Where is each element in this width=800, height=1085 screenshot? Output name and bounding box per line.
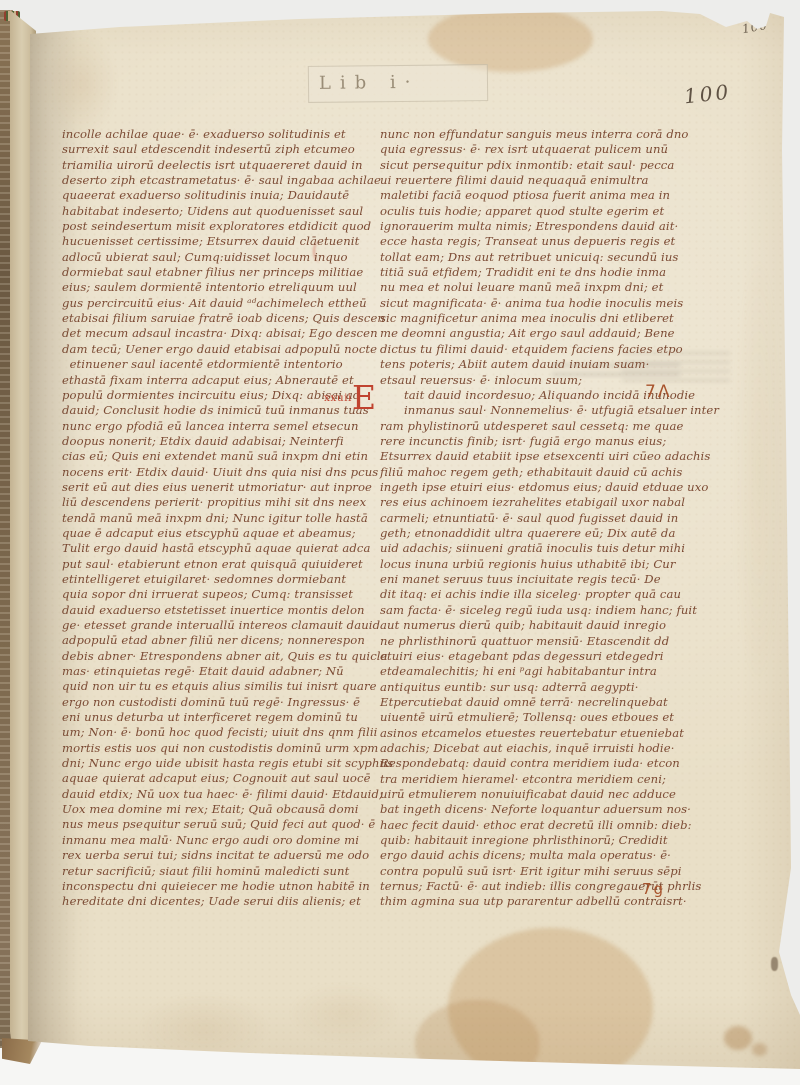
stain-bottom-mid bbox=[288, 982, 400, 1044]
text-line: eni manet seruus tuus inciuitate regis t… bbox=[380, 572, 730, 587]
text-line: adlocū ubierat saul; Cumq:uidisset locum… bbox=[62, 250, 392, 265]
text-line: contra populū suū isrt· Erit igitur mihi… bbox=[380, 864, 730, 879]
text-line: me deomni angustia; Ait ergo saul addaui… bbox=[380, 326, 730, 341]
text-line: serit eū aut dies eius uenerit utmoriatu… bbox=[62, 480, 392, 495]
text-line: geth; etnonaddidit ultra quaerere eū; Di… bbox=[380, 526, 730, 541]
chapter-number-rubric: xxuii bbox=[324, 392, 352, 404]
text-line: ternus; Factū· ē· aut indieb: illis cong… bbox=[380, 879, 730, 894]
text-line: oculis tuis hodie; apparet quod stulte e… bbox=[380, 204, 730, 219]
text-line: det mecum adsaul incastra· Dixq: abisai;… bbox=[62, 326, 392, 341]
text-line: Tulit ergo dauid hastā etscyphū aquae qu… bbox=[62, 541, 392, 556]
text-line: deserto ziph etcastrametatus· ē· saul in… bbox=[62, 173, 392, 188]
text-line: sicut magnificata· ē· anima tua hodie in… bbox=[380, 296, 730, 311]
manuscript-page: Lib i· 100 100 incolle achilae quae· ē· … bbox=[0, 0, 800, 1085]
text-line: etinuener saul iacentē etdormientē inten… bbox=[62, 357, 392, 372]
text-line: etabisai filium saruiae fratrē ioab dice… bbox=[62, 311, 392, 326]
stain-mid-right bbox=[732, 260, 784, 680]
text-line: um; Non· ē· bonū hoc quod fecisti; uiuit… bbox=[62, 725, 392, 740]
stain-bottom-right-spot-2 bbox=[752, 1043, 767, 1056]
text-line: ergo dauid achis dicens; multa mala oper… bbox=[380, 848, 730, 863]
text-line: quib: habitauit inregione phrlisthinorū;… bbox=[380, 833, 730, 848]
text-line: inmanu mea malū· Nunc ergo audi oro domi… bbox=[62, 833, 392, 848]
text-line: adpopulū etad abner filiū ner dicens; no… bbox=[62, 633, 392, 648]
text-line: maletibi faciā eoquod ptiosa fuerit anim… bbox=[380, 188, 730, 203]
text-line: doopus nonerit; Etdix dauid adabisai; Ne… bbox=[62, 434, 392, 449]
manuscript-photo: Lib i· 100 100 incolle achilae quae· ē· … bbox=[0, 0, 800, 1085]
text-line: hucuenisset certissime; Etsurrex dauid c… bbox=[62, 234, 392, 249]
text-line: tra meridiem hieramel· etcontra meridiem… bbox=[380, 772, 730, 787]
text-line: Etsurrex dauid etabiit ipse etsexcenti u… bbox=[380, 449, 730, 464]
text-line: bat ingeth dicens· Neforte loquantur adu… bbox=[380, 802, 730, 817]
text-line: titiā suā etfidem; Tradidit eni te dns h… bbox=[380, 265, 730, 280]
text-line: surrexit saul etdescendit indesertū ziph… bbox=[62, 142, 392, 157]
margin-mark-bottom: 7g bbox=[642, 880, 665, 898]
text-line: sam facta· ē· siceleg regū iuda usq: ind… bbox=[380, 603, 730, 618]
edge-fleck bbox=[771, 957, 778, 971]
stain-top-center bbox=[428, 6, 593, 72]
stain-top-left bbox=[46, 28, 118, 140]
text-line: tens poteris; Abiit autem dauid inuiam s… bbox=[380, 357, 730, 372]
text-line: res eius achinoem iezrahelites etabigail… bbox=[380, 495, 730, 510]
text-line: triamilia uirorū deelectis isrt utquaere… bbox=[62, 158, 392, 173]
text-line: rere incunctis finib; isrt· fugiā ergo m… bbox=[380, 434, 730, 449]
text-line: ram phylistinorū utdesperet saul cessetq… bbox=[380, 419, 730, 434]
text-line: quia egressus· ē· rex isrt utquaerat pul… bbox=[380, 142, 730, 157]
text-line: nunc non effundatur sanguis meus interra… bbox=[380, 127, 730, 142]
text-line: ergo non custodisti dominū tuū regē· Ing… bbox=[62, 695, 392, 710]
stain-bottom-right-spot bbox=[724, 1026, 752, 1050]
text-line: gus percircuitū eius· Ait dauid ᵃᵈachime… bbox=[62, 296, 392, 311]
text-line: etsaul reuersus· ē· inlocum suum; bbox=[380, 373, 730, 388]
text-line: haec fecit dauid· ethoc erat decretū ill… bbox=[380, 818, 730, 833]
text-line: habitabat indeserto; Uidens aut quodueni… bbox=[62, 204, 392, 219]
text-line: inconspectu dni quieiecer me hodie utnon… bbox=[62, 879, 392, 894]
text-line: dormiebat saul etabner filius ner prince… bbox=[62, 265, 392, 280]
text-line: tendā manū meā inxpm dni; Nunc igitur to… bbox=[62, 511, 392, 526]
text-line: quae ē adcaput eius etscyphū aquae et ab… bbox=[62, 526, 392, 541]
text-line: sicut persequitur pdix inmontib: etait s… bbox=[380, 158, 730, 173]
text-line: uid adachis; siinueni gratiā inoculis tu… bbox=[380, 541, 730, 556]
text-line: etdeamalechitis; hi eni ᵖagi habitabantu… bbox=[380, 664, 730, 679]
text-line: dit itaq: ei achis indie illa siceleg· p… bbox=[380, 587, 730, 602]
text-line: dni; Nunc ergo uide ubisit hasta regis e… bbox=[62, 756, 392, 771]
text-line: nu mea et nolui leuare manū meā inxpm dn… bbox=[380, 280, 730, 295]
text-line: dauid exaduerso etstetisset inuertice mo… bbox=[62, 603, 392, 618]
text-line: ne phrlisthinorū quattuor mensiū· Etasce… bbox=[380, 634, 730, 649]
text-line: dictus tu filimi dauid· etquidem faciens… bbox=[380, 342, 730, 357]
text-line: mortis estis uos qui non custodistis dom… bbox=[62, 741, 392, 756]
text-line: eius; saulem dormientē intentorio etreli… bbox=[62, 280, 392, 295]
text-line: Etpercutiebat dauid omnē terrā· necrelin… bbox=[380, 695, 730, 710]
text-line: sic magnificetur anima mea inoculis dni … bbox=[380, 311, 730, 326]
text-line: ui reuertere filimi dauid nequaquā enimu… bbox=[380, 173, 730, 188]
folio-number: 100 bbox=[683, 80, 732, 109]
text-line: mas· etinquietas regē· Etait dauid adabn… bbox=[62, 664, 392, 679]
text-line: put saul· etabierunt etnon erat quisquā … bbox=[62, 557, 392, 572]
text-line: antiquitus euntib: sur usq: adterrā aegy… bbox=[380, 680, 730, 695]
text-column-right-top: nunc non effundatur sanguis meus interra… bbox=[380, 127, 730, 388]
margin-mark-chapter: 7Λ bbox=[645, 382, 671, 402]
text-line: aut numerus dierū quib; habitauit dauid … bbox=[380, 618, 730, 633]
text-line: debis abner· Etrespondens abner ait, Qui… bbox=[62, 649, 392, 664]
text-line: rex uerba serui tui; sidns incitat te ad… bbox=[62, 848, 392, 863]
text-line: locus inuna urbiū regionis huius uthabit… bbox=[380, 557, 730, 572]
text-line: eni unus deturba ut interficeret regem d… bbox=[62, 710, 392, 725]
text-line: carmeli; etnuntiatū· ē· saul quod fugiss… bbox=[380, 511, 730, 526]
text-line: nocens erit· Etdix dauid· Uiuit dns quia… bbox=[62, 465, 392, 480]
text-line: etuiri eius· etagebant pdas degessuri et… bbox=[380, 649, 730, 664]
text-line: quia sopor dni irruerat supeos; Cumq: tr… bbox=[62, 587, 392, 602]
text-line: ge· etesset grande interuallū intereos c… bbox=[62, 618, 392, 633]
text-line: Respondebatq: dauid contra meridiem iuda… bbox=[380, 756, 730, 771]
text-line: quid non uir tu es etquis alius similis … bbox=[62, 679, 392, 694]
text-line: etintelligeret etuigilaret· sedomnes dor… bbox=[62, 572, 392, 587]
chapter-initial-letter: E bbox=[352, 383, 376, 413]
text-line: uirū etmulierem nonuiuificabat dauid nec… bbox=[380, 787, 730, 802]
text-line: dauid; Conclusit hodie ds inimicū tuū in… bbox=[62, 403, 392, 418]
text-line: hereditate dni dicentes; Uade serui diis… bbox=[62, 894, 392, 909]
text-line: Uox mea domine mi rex; Etait; Quā obcaus… bbox=[62, 802, 392, 817]
text-column-right-chapter: tait dauid incordesuo; Aliquando incidā … bbox=[380, 388, 730, 910]
text-line: ignorauerim multa nimis; Etrespondens da… bbox=[380, 219, 730, 234]
text-line: dam tecū; Uener ergo dauid etabisai adpo… bbox=[62, 342, 392, 357]
text-line: retur sacrificiū; siaut filii hominū mal… bbox=[62, 864, 392, 879]
text-line: dauid etdix; Nū uox tua haec· ē· filimi … bbox=[62, 787, 392, 802]
text-line: tait dauid incordesuo; Aliquando incidā … bbox=[380, 388, 730, 403]
text-line: ingeth ipse etuiri eius· etdomus eius; d… bbox=[380, 480, 730, 495]
corner-folio-number: 100 bbox=[741, 18, 769, 36]
text-line: liū descendens perierit· propitius mihi … bbox=[62, 495, 392, 510]
text-line: aquae quierat adcaput eius; Cognouit aut… bbox=[62, 771, 392, 786]
text-line: inmanus saul· Nonnemelius· ē· utfugiā et… bbox=[380, 403, 730, 418]
text-line: uiuentē uirū etmulierē; Tollensq: oues e… bbox=[380, 710, 730, 725]
header-label-text: Lib i· bbox=[319, 72, 420, 94]
text-column-left: incolle achilae quae· ē· exaduerso solit… bbox=[62, 127, 392, 910]
text-line: incolle achilae quae· ē· exaduerso solit… bbox=[62, 127, 392, 142]
text-line: filiū mahoc regem geth; ethabitauit daui… bbox=[380, 465, 730, 480]
text-line: adachis; Dicebat aut eiachis, inquē irru… bbox=[380, 741, 730, 756]
text-line: quaeerat exaduerso solitudinis inuia; Da… bbox=[62, 188, 392, 203]
text-line: post seindesertum misit exploratores etd… bbox=[62, 219, 392, 234]
text-line: nus meus psequitur seruū suū; Quid feci … bbox=[62, 817, 392, 832]
text-line: thim agmina sua utp pararentur adbellū c… bbox=[380, 894, 730, 909]
header-label: Lib i· bbox=[308, 64, 488, 103]
text-line: ethastā fixam interra adcaput eius; Abne… bbox=[62, 373, 392, 388]
text-line: nunc ergo pfodiā eū lancea interra semel… bbox=[62, 419, 392, 434]
text-line: tollat eam; Dns aut retribuet unicuiq: s… bbox=[380, 250, 730, 265]
text-line: cias eū; Quis eni extendet manū suā inxp… bbox=[62, 449, 392, 464]
text-line: ecce hasta regis; Transeat unus depueris… bbox=[380, 234, 730, 249]
text-line: asinos etcamelos etuestes reuertebatur e… bbox=[380, 726, 730, 741]
